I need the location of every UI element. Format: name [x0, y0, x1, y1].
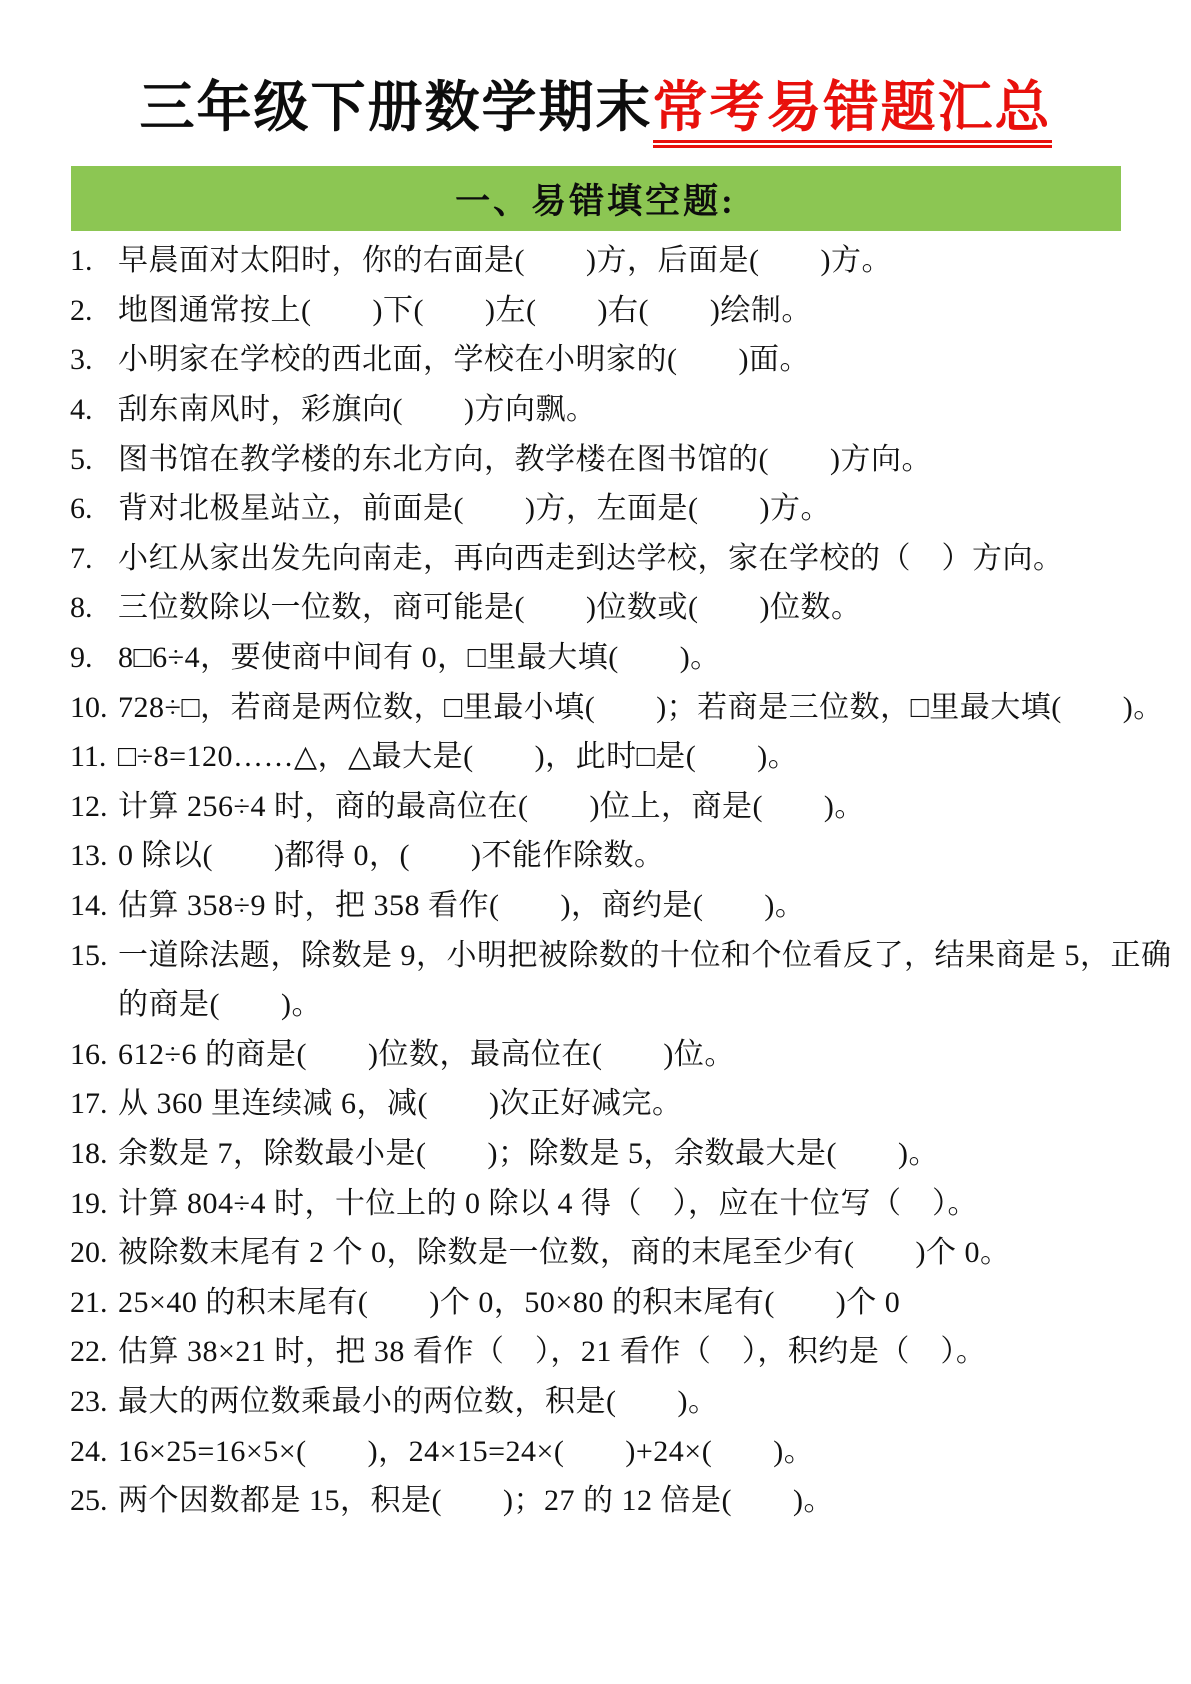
question-text: 612÷6 的商是( )位数，最高位在( )位。 — [118, 1030, 1177, 1080]
question-item: 12.计算 256÷4 时，商的最高位在( )位上，商是( )。 — [70, 782, 1177, 832]
question-item: 23.最大的两位数乘最小的两位数，积是( )。 — [70, 1377, 1177, 1427]
question-text: 从 360 里连续减 6，减( )次正好减完。 — [118, 1079, 1177, 1129]
question-number: 21. — [70, 1278, 118, 1328]
question-item: 21.25×40 的积末尾有( )个 0，50×80 的积末尾有( )个 0 — [70, 1278, 1177, 1328]
question-number: 6. — [70, 484, 118, 534]
question-text: 最大的两位数乘最小的两位数，积是( )。 — [118, 1377, 1177, 1427]
question-text: 计算 256÷4 时，商的最高位在( )位上，商是( )。 — [118, 782, 1177, 832]
question-item: 3.小明家在学校的西北面，学校在小明家的( )面。 — [70, 335, 1177, 385]
question-text: 早晨面对太阳时，你的右面是( )方，后面是( )方。 — [118, 236, 1177, 286]
question-number: 13. — [70, 831, 118, 881]
question-item: 8.三位数除以一位数，商可能是( )位数或( )位数。 — [70, 583, 1177, 633]
question-item: 15.一道除法题，除数是 9，小明把被除数的十位和个位看反了，结果商是 5，正确… — [70, 931, 1177, 1030]
question-text: 25×40 的积末尾有( )个 0，50×80 的积末尾有( )个 0 — [118, 1278, 1177, 1328]
question-number: 12. — [70, 782, 118, 832]
question-item: 1.早晨面对太阳时，你的右面是( )方，后面是( )方。 — [70, 236, 1177, 286]
question-number: 15. — [70, 931, 118, 981]
question-number: 5. — [70, 435, 118, 485]
question-item: 25.两个因数都是 15，积是( )；27 的 12 倍是( )。 — [70, 1476, 1177, 1526]
question-item: 10.728÷□，若商是两位数，□里最小填( )；若商是三位数，□里最大填( )… — [70, 683, 1177, 733]
section-banner: 一、易错填空题: — [71, 166, 1121, 231]
question-number: 20. — [70, 1228, 118, 1278]
page-title: 三年级下册数学期末常考易错题汇总 — [0, 76, 1191, 139]
question-text: 16×25=16×5×( )，24×15=24×( )+24×( )。 — [118, 1427, 1177, 1477]
question-number: 19. — [70, 1179, 118, 1229]
question-text: 8□6÷4，要使商中间有 0，□里最大填( )。 — [118, 633, 1177, 683]
question-text: 背对北极星站立，前面是( )方，左面是( )方。 — [118, 484, 1177, 534]
question-item: 6.背对北极星站立，前面是( )方，左面是( )方。 — [70, 484, 1177, 534]
question-text: 估算 358÷9 时，把 358 看作( )，商约是( )。 — [118, 881, 1177, 931]
question-item: 17.从 360 里连续减 6，减( )次正好减完。 — [70, 1079, 1177, 1129]
question-number: 25. — [70, 1476, 118, 1526]
question-text: 计算 804÷4 时，十位上的 0 除以 4 得（ ），应在十位写（ ）。 — [118, 1179, 1177, 1229]
question-number: 2. — [70, 286, 118, 336]
question-number: 17. — [70, 1079, 118, 1129]
question-item: 5.图书馆在教学楼的东北方向，教学楼在图书馆的( )方向。 — [70, 435, 1177, 485]
question-item: 18.余数是 7，除数最小是( )；除数是 5，余数最大是( )。 — [70, 1129, 1177, 1179]
question-item: 13.0 除以( )都得 0，( )不能作除数。 — [70, 831, 1177, 881]
page-title-red-part: 常考易错题汇总 — [653, 77, 1052, 148]
question-number: 14. — [70, 881, 118, 931]
question-text: 728÷□，若商是两位数，□里最小填( )；若商是三位数，□里最大填( )。 — [118, 683, 1177, 733]
question-text: 余数是 7，除数最小是( )；除数是 5，余数最大是( )。 — [118, 1129, 1177, 1179]
question-item: 22.估算 38×21 时，把 38 看作（ ），21 看作（ ），积约是（ ）… — [70, 1327, 1177, 1377]
worksheet-page: 三年级下册数学期末常考易错题汇总 一、易错填空题: 1.早晨面对太阳时，你的右面… — [0, 0, 1191, 1684]
question-number: 23. — [70, 1377, 118, 1427]
question-text: 两个因数都是 15，积是( )；27 的 12 倍是( )。 — [118, 1476, 1177, 1526]
question-item: 7.小红从家出发先向南走，再向西走到达学校，家在学校的（ ）方向。 — [70, 534, 1177, 584]
question-text: 地图通常按上( )下( )左( )右( )绘制。 — [118, 286, 1177, 336]
question-number: 8. — [70, 583, 118, 633]
question-item: 16.612÷6 的商是( )位数，最高位在( )位。 — [70, 1030, 1177, 1080]
question-text: □÷8=120……△，△最大是( )，此时□是( )。 — [118, 732, 1177, 782]
page-title-black-part: 三年级下册数学期末 — [139, 77, 652, 138]
section-heading: 一、易错填空题: — [455, 174, 736, 224]
question-text: 三位数除以一位数，商可能是( )位数或( )位数。 — [118, 583, 1177, 633]
question-number: 16. — [70, 1030, 118, 1080]
question-item: 14.估算 358÷9 时，把 358 看作( )，商约是( )。 — [70, 881, 1177, 931]
question-item: 4.刮东南风时，彩旗向( )方向飘。 — [70, 385, 1177, 435]
question-text: 0 除以( )都得 0，( )不能作除数。 — [118, 831, 1177, 881]
question-item: 9.8□6÷4，要使商中间有 0，□里最大填( )。 — [70, 633, 1177, 683]
question-item: 2.地图通常按上( )下( )左( )右( )绘制。 — [70, 286, 1177, 336]
question-text: 图书馆在教学楼的东北方向，教学楼在图书馆的( )方向。 — [118, 435, 1177, 485]
question-number: 11. — [70, 732, 118, 782]
question-text: 估算 38×21 时，把 38 看作（ ），21 看作（ ），积约是（ ）。 — [118, 1327, 1177, 1377]
question-item: 20.被除数末尾有 2 个 0，除数是一位数，商的末尾至少有( )个 0。 — [70, 1228, 1177, 1278]
question-number: 7. — [70, 534, 118, 584]
question-text: 刮东南风时，彩旗向( )方向飘。 — [118, 385, 1177, 435]
question-list: 1.早晨面对太阳时，你的右面是( )方，后面是( )方。2.地图通常按上( )下… — [0, 236, 1191, 1525]
question-number: 1. — [70, 236, 118, 286]
question-number: 4. — [70, 385, 118, 435]
question-text: 被除数末尾有 2 个 0，除数是一位数，商的末尾至少有( )个 0。 — [118, 1228, 1177, 1278]
question-text: 小明家在学校的西北面，学校在小明家的( )面。 — [118, 335, 1177, 385]
question-number: 18. — [70, 1129, 118, 1179]
question-item: 24.16×25=16×5×( )，24×15=24×( )+24×( )。 — [70, 1427, 1177, 1477]
question-number: 9. — [70, 633, 118, 683]
question-text: 一道除法题，除数是 9，小明把被除数的十位和个位看反了，结果商是 5，正确的商是… — [118, 931, 1177, 1030]
question-text: 小红从家出发先向南走，再向西走到达学校，家在学校的（ ）方向。 — [118, 534, 1177, 584]
question-number: 3. — [70, 335, 118, 385]
question-item: 19.计算 804÷4 时，十位上的 0 除以 4 得（ ），应在十位写（ ）。 — [70, 1179, 1177, 1229]
question-number: 22. — [70, 1327, 118, 1377]
question-number: 10. — [70, 683, 118, 733]
question-number: 24. — [70, 1427, 118, 1477]
question-item: 11.□÷8=120……△，△最大是( )，此时□是( )。 — [70, 732, 1177, 782]
